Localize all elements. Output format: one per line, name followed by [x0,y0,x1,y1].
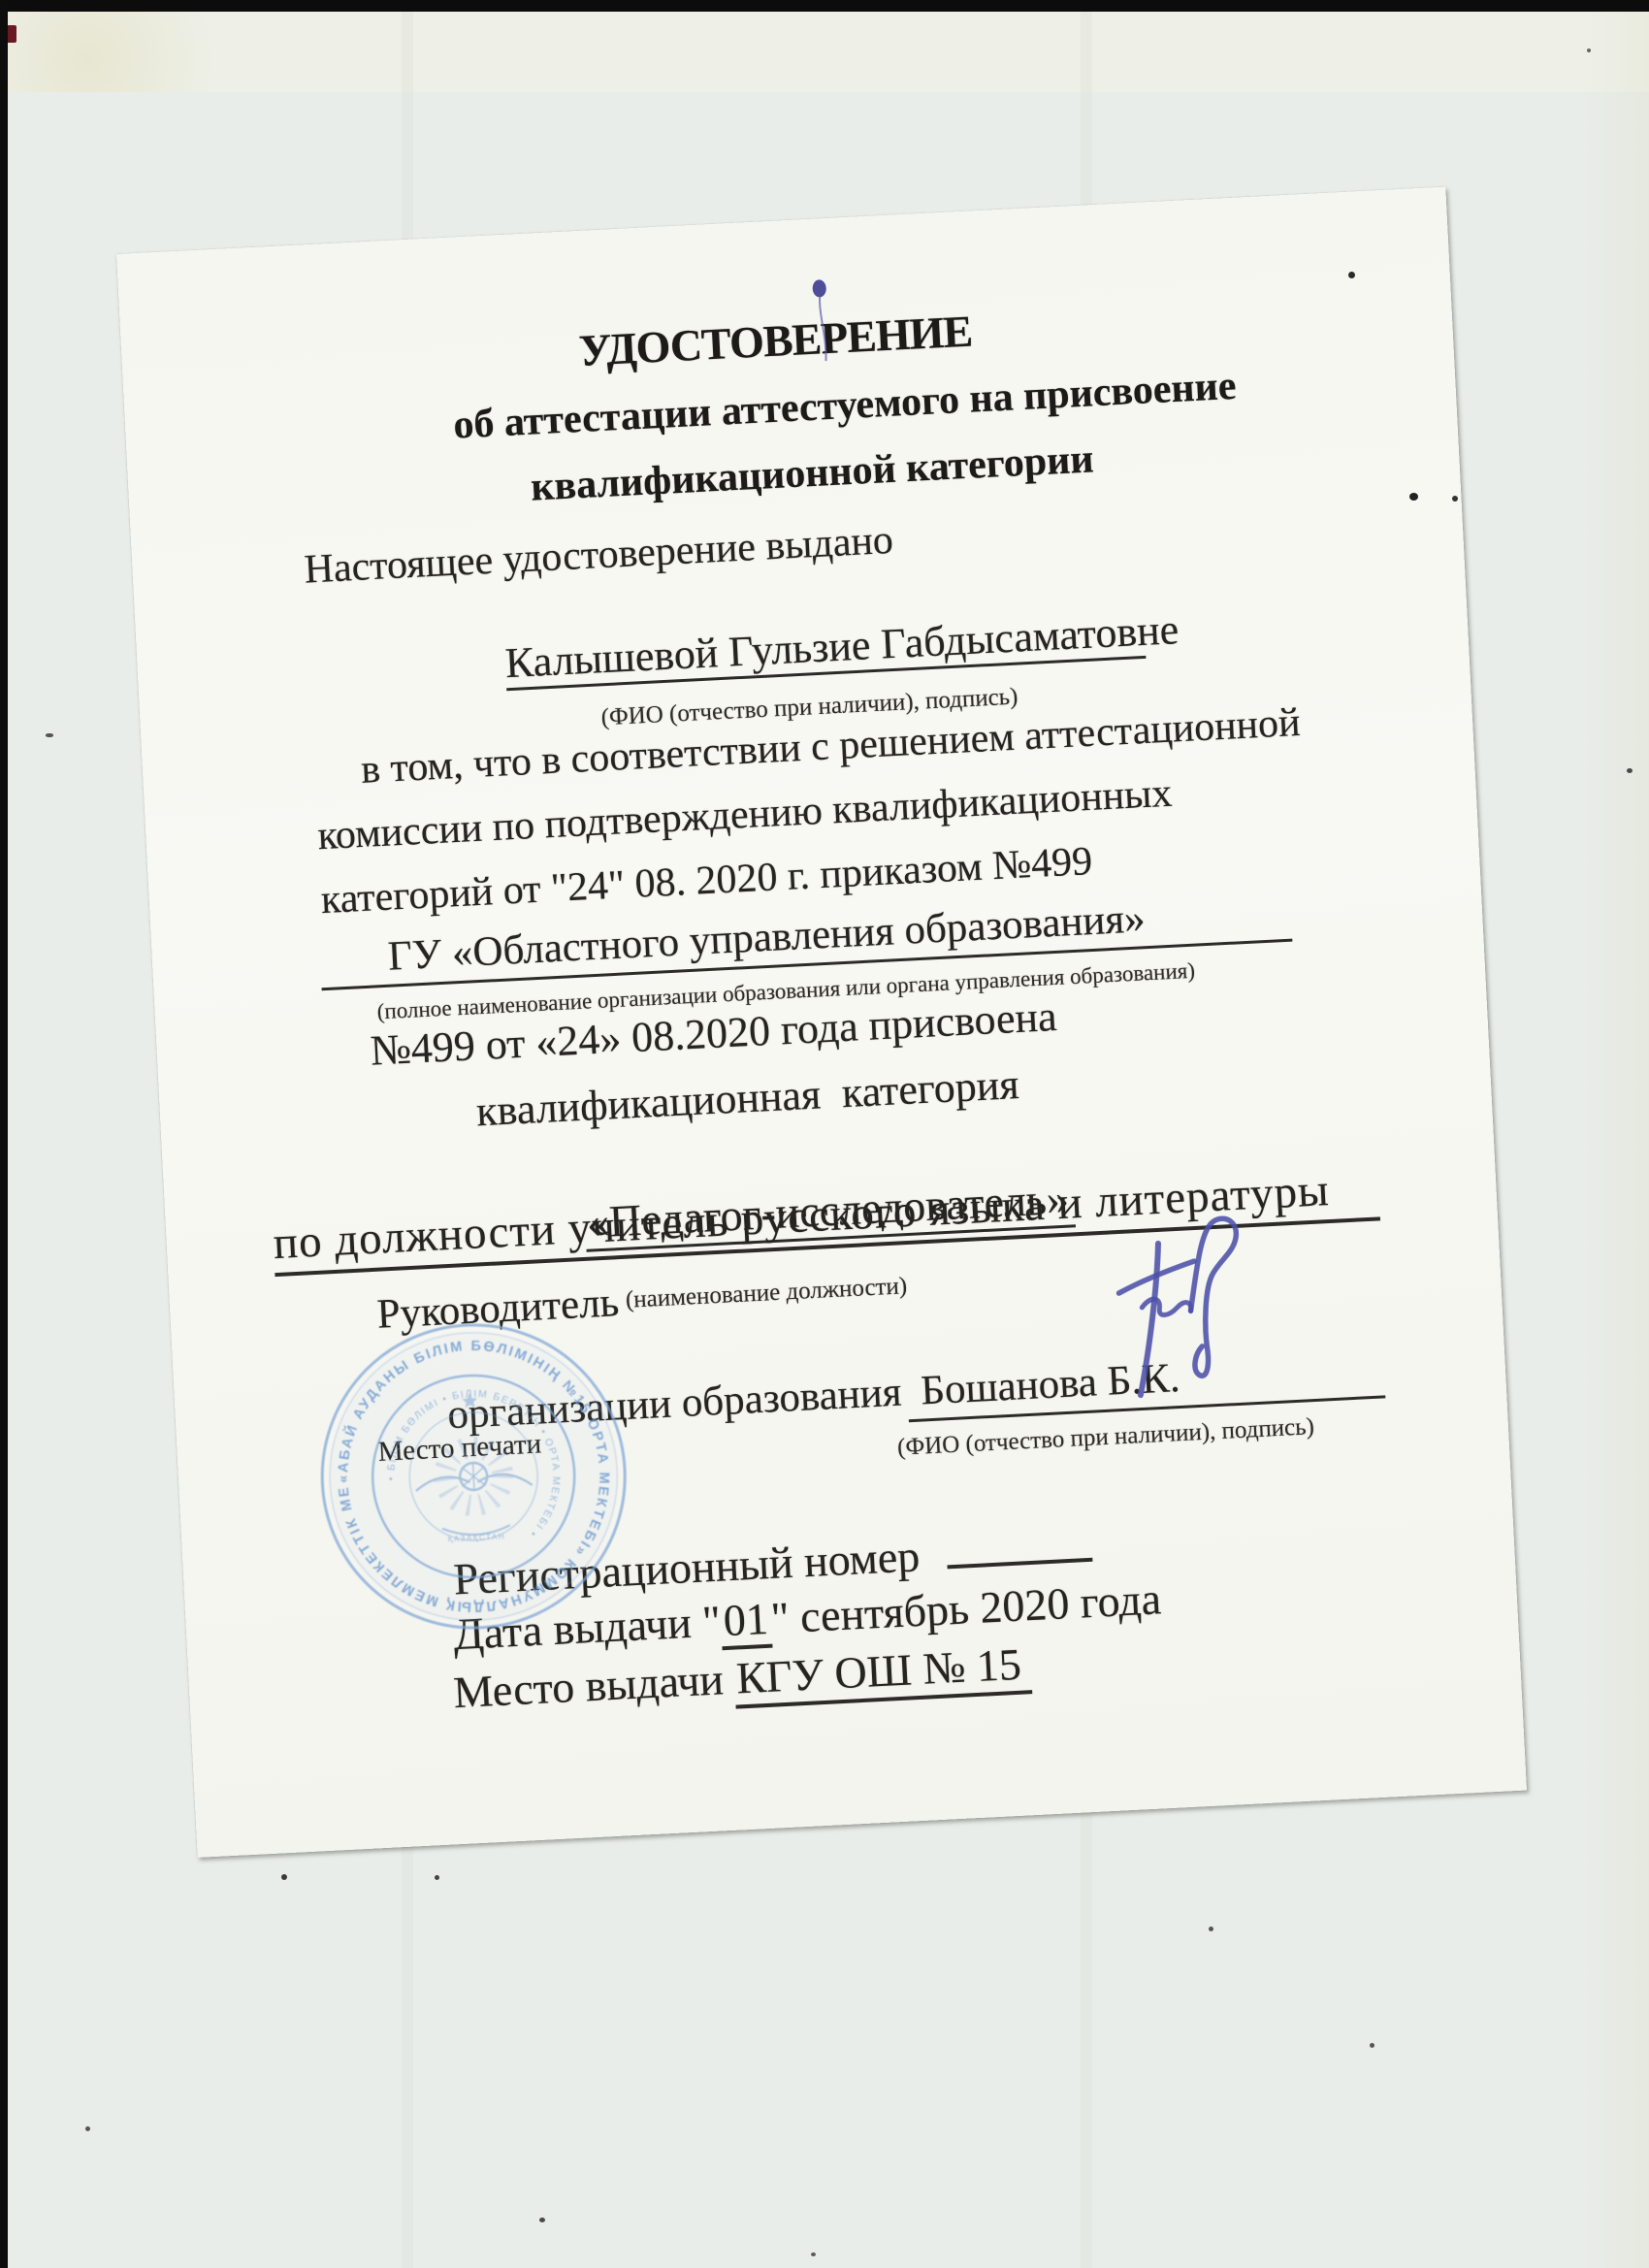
official-stamp: «АБАЙ АУДАНЫ БІЛІМ БӨЛІМІНІҢ №15 ОРТА МЕ… [301,1304,647,1650]
category-label: квалификационная категория [475,1060,1020,1136]
dust-speck [281,1874,287,1880]
dust-speck [1370,2043,1374,2048]
signature [1049,1099,1286,1406]
dust-speck [1348,272,1355,278]
dust-speck [1409,493,1418,501]
scanner-edge-left [0,0,8,2268]
dust-speck [1209,1927,1213,1931]
certificate-page: УДОСТОВЕРЕНИЕ об аттестации аттестуемого… [116,187,1527,1858]
dust-speck [1452,496,1458,502]
dust-speck [539,2218,545,2222]
scanner-top-band [0,0,1649,92]
dust-speck [1627,768,1633,773]
holder-name: Калышевой Гульзие Габдысаматовне [504,607,1147,691]
scanned-certificate: УДОСТОВЕРЕНИЕ об аттестации аттестуемого… [0,0,1649,2268]
issue-place-value: КГУ ОШ № 15 [733,1638,1032,1708]
scanner-edge-top [0,0,1649,12]
dust-speck [46,733,53,737]
dust-speck [811,2252,816,2256]
dust-speck [435,1875,439,1880]
ink-splotch [802,271,846,374]
dust-speck [85,2126,90,2131]
issue-place-label: Место выдачи [452,1653,735,1717]
scanner-right-shade [1581,0,1649,2268]
dust-speck [1587,49,1591,52]
